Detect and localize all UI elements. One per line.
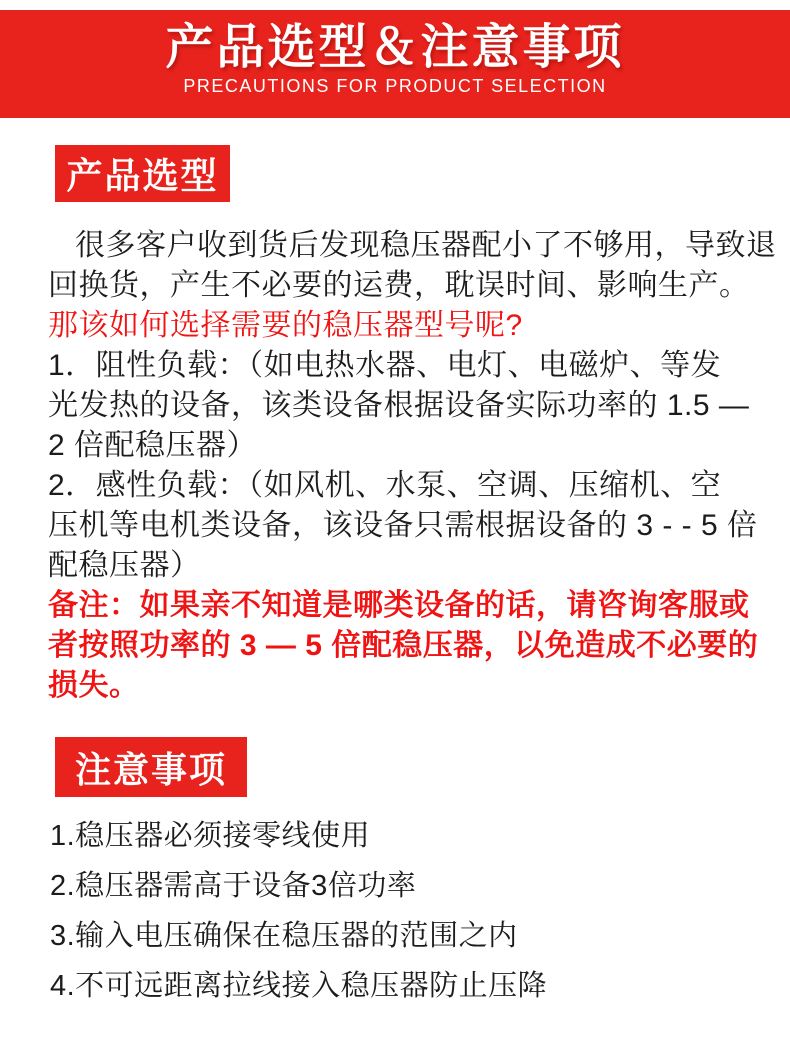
selection-remark-line: 备注：如果亲不知道是哪类设备的话，请咨询客服或 — [48, 586, 762, 626]
banner-title: 产品选型＆注意事项 — [0, 10, 790, 73]
selection-line: 1．阻性负载：（如电热水器、电灯、电磁炉、等发 — [48, 346, 762, 386]
selection-paragraph: 很多客户收到货后发现稳压器配小了不够用，导致退 回换货，产生不必要的运费，耽误时… — [48, 226, 762, 706]
selection-remark-line: 者按照功率的 3 — 5 倍配稳压器，以免造成不必要的 — [48, 626, 762, 666]
selection-line: 光发热的设备，该类设备根据设备实际功率的 1.5 — — [48, 386, 762, 426]
notes-list: 1.稳压器必须接零线使用 2.稳压器需高于设备3倍功率 3.输入电压确保在稳压器… — [50, 811, 770, 1011]
note-item: 2.稳压器需高于设备3倍功率 — [50, 861, 770, 911]
note-item: 4.不可远距离拉线接入稳压器防止压降 — [50, 961, 770, 1011]
product-notice-page: 产品选型＆注意事项 PRECAUTIONS FOR PRODUCT SELECT… — [0, 0, 790, 1048]
selection-line: 2 倍配稳压器） — [48, 426, 762, 466]
top-white-strip — [0, 0, 790, 10]
selection-section: 产品选型 很多客户收到货后发现稳压器配小了不够用，导致退 回换货，产生不必要的运… — [0, 145, 790, 706]
selection-line: 很多客户收到货后发现稳压器配小了不够用，导致退 — [48, 226, 762, 266]
selection-line: 压机等电机类设备，该设备只需根据设备的 3 - - 5 倍 — [48, 506, 762, 546]
selection-question-line: 那该如何选择需要的稳压器型号呢? — [48, 306, 762, 346]
note-item: 3.输入电压确保在稳压器的范围之内 — [50, 911, 770, 961]
selection-line: 2．感性负载：（如风机、水泵、空调、压缩机、空 — [48, 466, 762, 506]
banner: 产品选型＆注意事项 PRECAUTIONS FOR PRODUCT SELECT… — [0, 10, 790, 118]
selection-section-header: 产品选型 — [55, 145, 230, 202]
selection-line: 回换货，产生不必要的运费，耽误时间、影响生产。 — [48, 266, 762, 306]
notes-section: 注意事项 1.稳压器必须接零线使用 2.稳压器需高于设备3倍功率 3.输入电压确… — [0, 737, 790, 1011]
selection-line: 配稳压器） — [48, 546, 762, 586]
note-item: 1.稳压器必须接零线使用 — [50, 811, 770, 861]
notes-section-header: 注意事项 — [55, 737, 247, 797]
selection-remark-line: 损失。 — [48, 666, 762, 706]
banner-subtitle: PRECAUTIONS FOR PRODUCT SELECTION — [0, 76, 790, 96]
